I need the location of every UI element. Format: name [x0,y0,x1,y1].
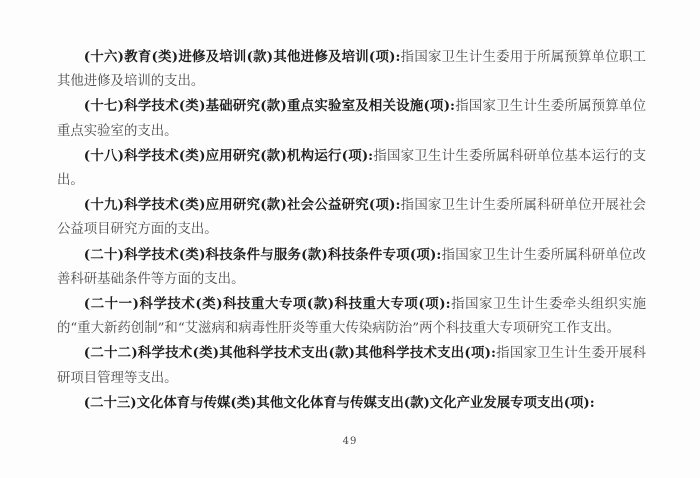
document-body-text: (十六)教育(类)进修及培训(款)其他进修及培训(项):指国家卫生计生委用于所属… [57,45,646,416]
paragraph-heading: (十九)科学技术(类)应用研究(款)社会公益研究(项): [84,197,401,213]
paragraph-heading: (二十三)文化体育与传媒(类)其他文化体育与传媒支出(款)文化产业发展专项支出(… [84,395,595,411]
page-number: 49 [0,436,700,447]
paragraph-item-21: (二十一)科学技术(类)科技重大专项(款)科技重大专项(项):指国家卫生计生委牵… [57,292,646,341]
paragraph-heading: (二十)科学技术(类)科技条件与服务(款)科技条件专项(项): [84,247,442,263]
paragraph-item-18: (十八)科学技术(类)应用研究(款)机构运行(项):指国家卫生计生委所属科研单位… [57,144,646,193]
paragraph-heading: (十六)教育(类)进修及培训(款)其他进修及培训(项): [84,49,401,65]
paragraph-item-22: (二十二)科学技术(类)其他科学技术支出(款)其他科学技术支出(项):指国家卫生… [57,341,646,390]
paragraph-heading: (十八)科学技术(类)应用研究(款)机构运行(项): [84,148,373,164]
paragraph-heading: (二十二)科学技术(类)其他科学技术支出(款)其他科学技术支出(项): [84,345,496,361]
paragraph-item-17: (十七)科学技术(类)基础研究(款)重点实验室及相关设施(项):指国家卫生计生委… [57,94,646,143]
paragraph-item-19: (十九)科学技术(类)应用研究(款)社会公益研究(项):指国家卫生计生委所属科研… [57,193,646,242]
document-page: { "page": { "number": "49" }, "paragraph… [0,0,700,478]
paragraph-heading: (十七)科学技术(类)基础研究(款)重点实验室及相关设施(项): [84,98,455,114]
paragraph-item-20: (二十)科学技术(类)科技条件与服务(款)科技条件专项(项):指国家卫生计生委所… [57,243,646,292]
paragraph-item-16: (十六)教育(类)进修及培训(款)其他进修及培训(项):指国家卫生计生委用于所属… [57,45,646,94]
paragraph-item-23: (二十三)文化体育与传媒(类)其他文化体育与传媒支出(款)文化产业发展专项支出(… [57,391,646,416]
paragraph-heading: (二十一)科学技术(类)科技重大专项(款)科技重大专项(项): [84,296,451,312]
